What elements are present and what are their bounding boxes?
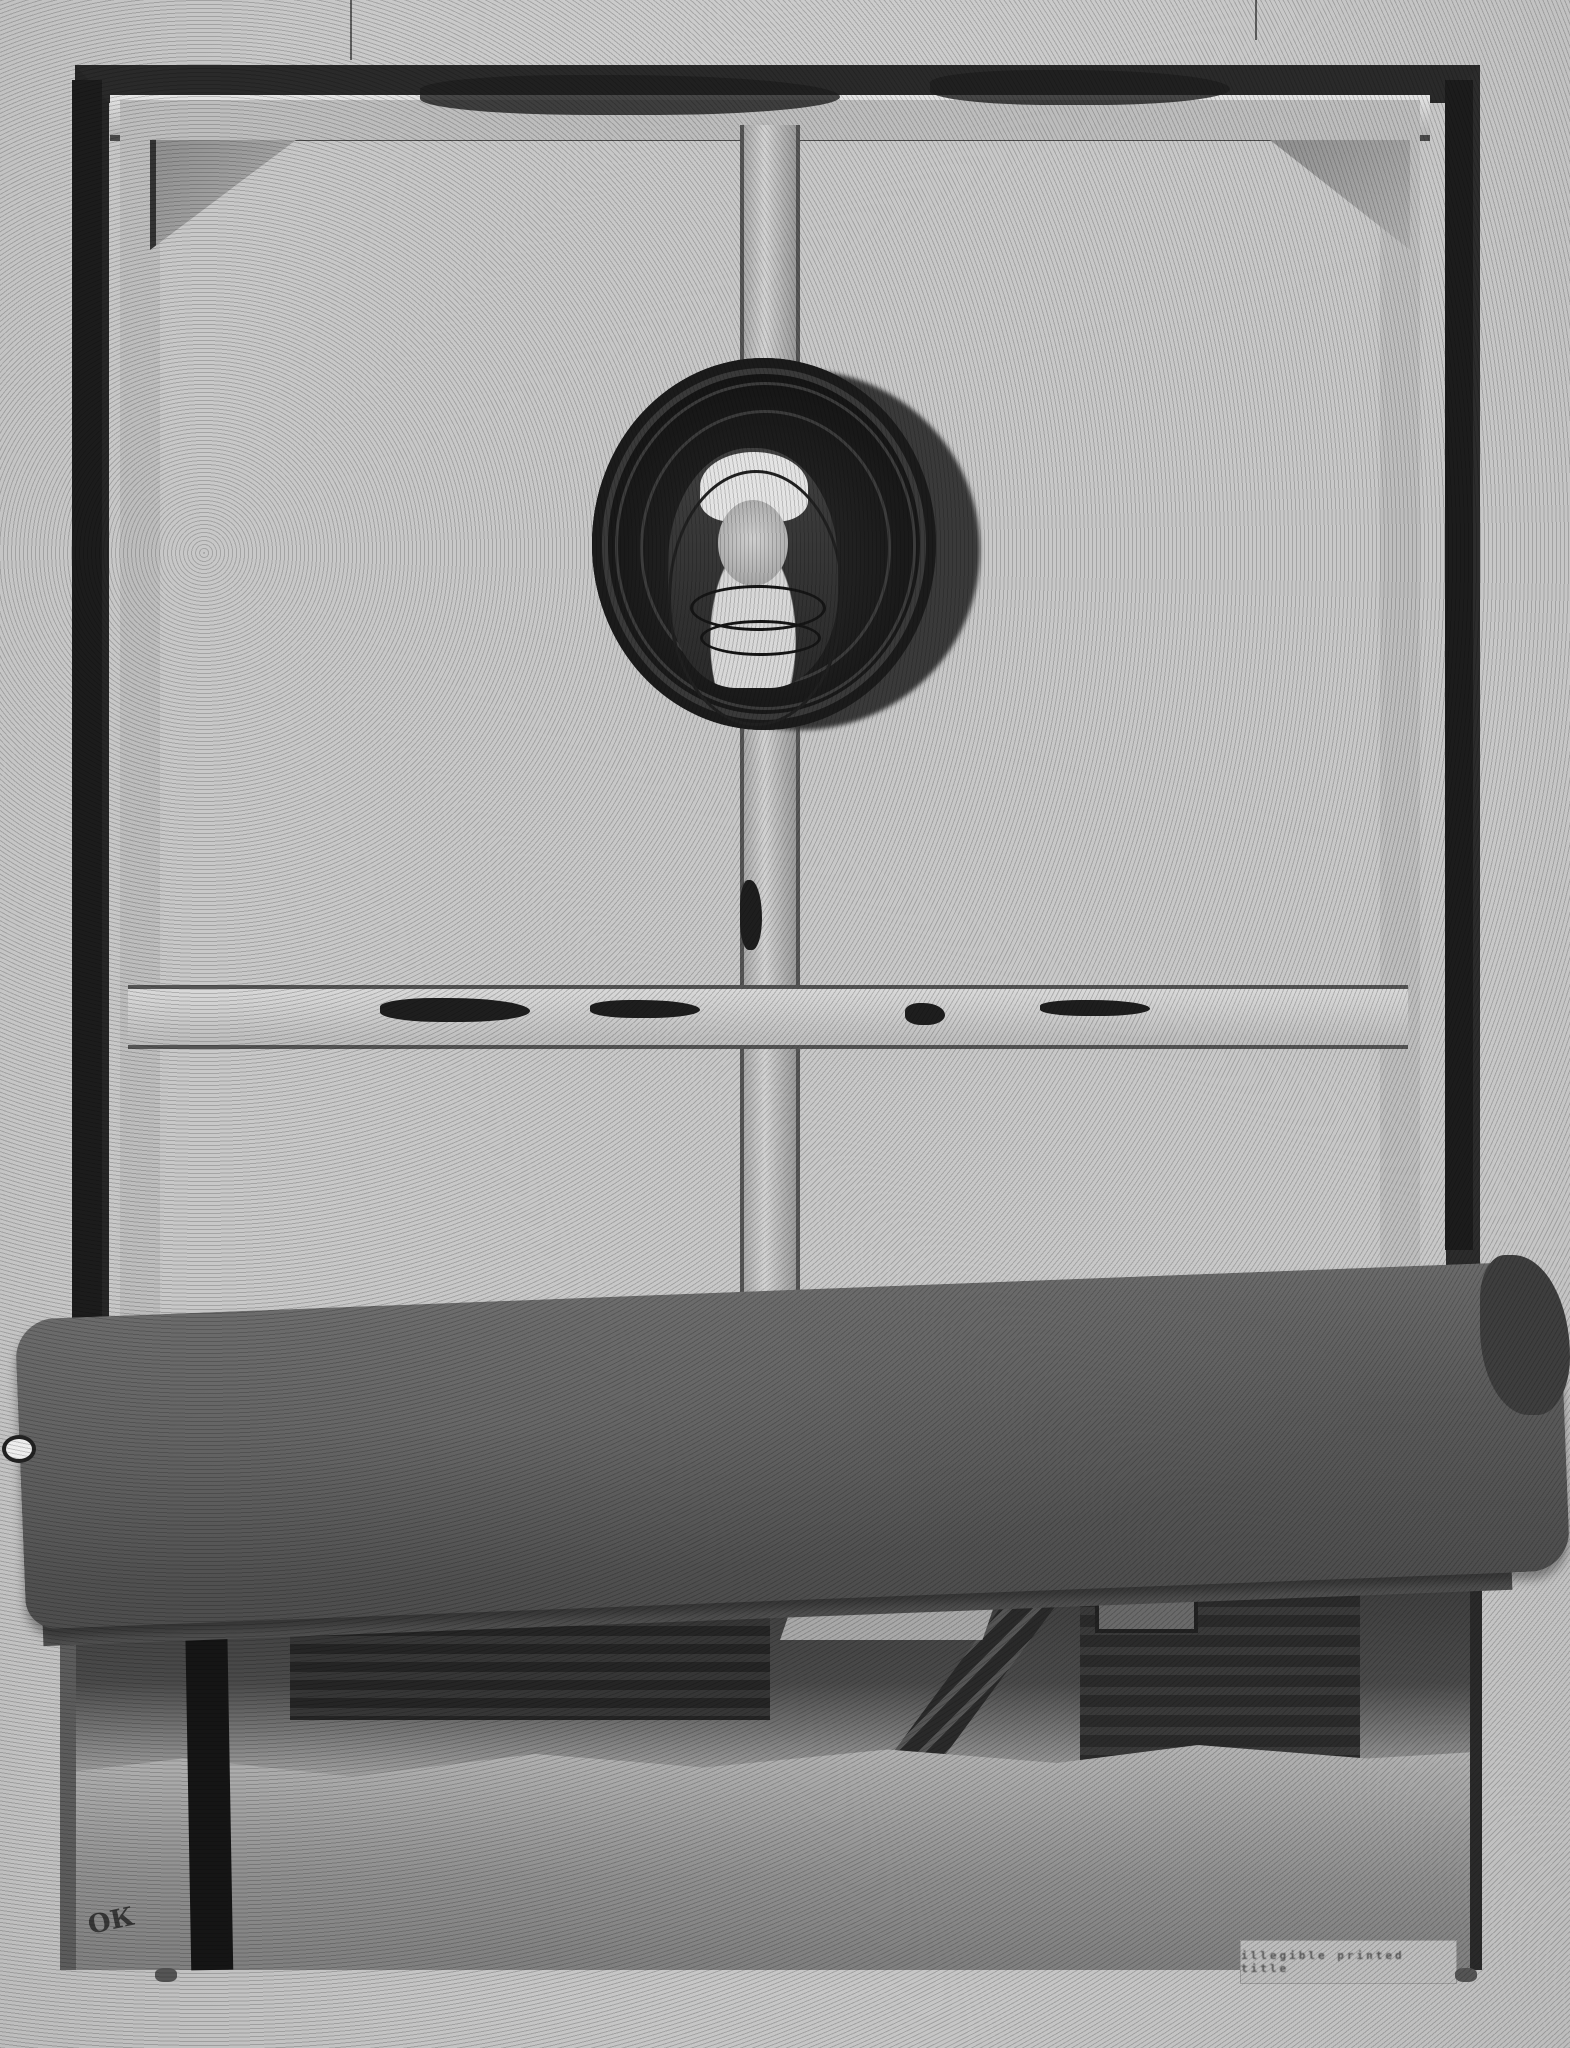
horizontal-rail [128,985,1408,1049]
title-label: illegible printed title [1240,1940,1457,1984]
board-foot [1455,1968,1477,1982]
paint-chip [930,70,1230,105]
artist-monogram: ОК [84,1898,131,1945]
paint-chip [420,75,840,115]
title-label-text: illegible printed title [1241,1949,1456,1975]
frame-left-stile-shadow [72,80,102,1370]
paint-chip [1040,1000,1150,1016]
hanging-string [1255,0,1257,40]
dark-pole [185,1600,233,1971]
snow-drift [70,1745,1480,1970]
board-foot [155,1968,177,1982]
board-edge [1470,1540,1482,1970]
metal-clip-icon [2,1435,36,1463]
hanging-string [350,0,352,60]
paint-chip [590,1000,700,1018]
paint-chip [905,1003,945,1025]
paint-chip [380,998,530,1022]
rolled-felt-scroll [15,1260,1570,1629]
wire-cage-loop [668,470,844,726]
frame-right-stile-shadow [1445,80,1473,1250]
